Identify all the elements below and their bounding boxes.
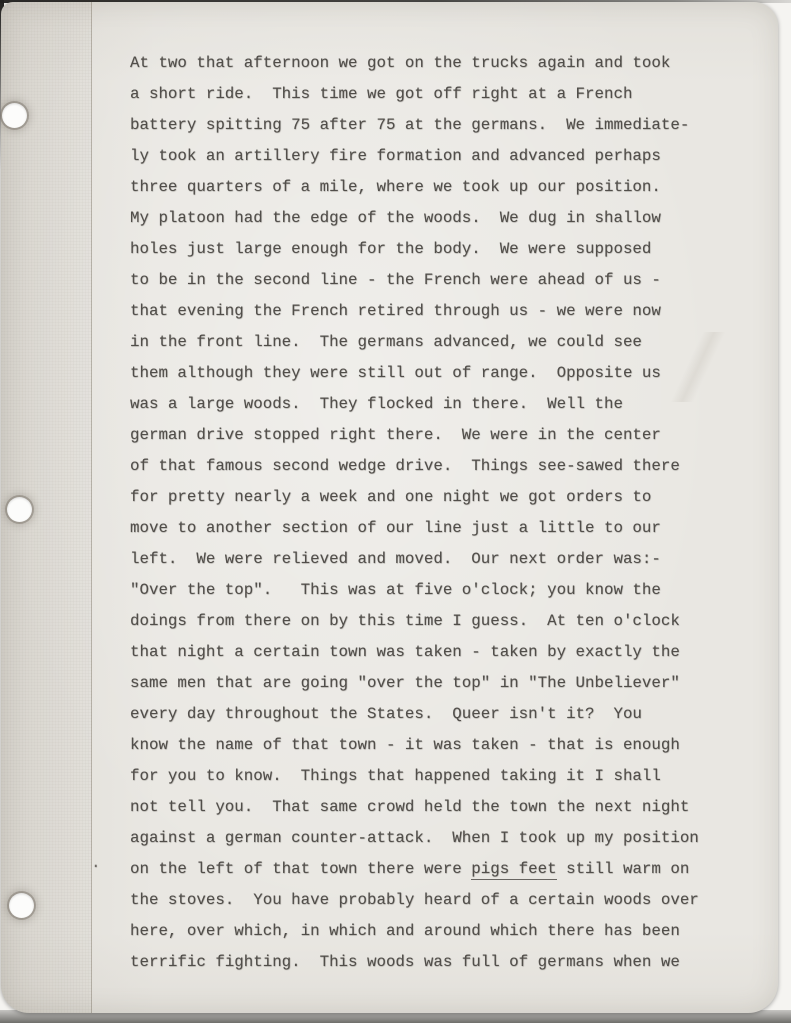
typed-line: My platoon had the edge of the woods. We… <box>130 203 699 234</box>
typed-line: same men that are going "over the top" i… <box>130 668 699 699</box>
scanned-letter-page: . At two that afternoon we got on the tr… <box>0 0 791 1023</box>
typed-line: of that famous second wedge drive. Thing… <box>130 451 699 482</box>
typed-line: every day throughout the States. Queer i… <box>130 699 699 730</box>
typed-line: that night a certain town was taken - ta… <box>130 637 699 668</box>
typed-line: on the left of that town there were pigs… <box>130 854 699 885</box>
punch-hole <box>9 893 34 918</box>
punch-hole <box>7 497 32 522</box>
paper-sheet: . At two that afternoon we got on the tr… <box>1 2 778 1013</box>
typed-line: not tell you. That same crowd held the t… <box>130 792 699 823</box>
typed-line: left. We were relieved and moved. Our ne… <box>130 544 699 575</box>
typed-line: doings from there on by this time I gues… <box>130 606 699 637</box>
typed-line: in the front line. The germans advanced,… <box>130 327 699 358</box>
typed-line: for pretty nearly a week and one night w… <box>130 482 699 513</box>
typed-lines: At two that afternoon we got on the truc… <box>130 48 699 978</box>
typed-line: "Over the top". This was at five o'clock… <box>130 575 699 606</box>
typed-line: for you to know. Things that happened ta… <box>130 761 699 792</box>
typed-line: against a german counter-attack. When I … <box>130 823 699 854</box>
typed-line: to be in the second line - the French we… <box>130 265 699 296</box>
typed-line: know the name of that town - it was take… <box>130 730 699 761</box>
typed-line: them although they were still out of ran… <box>130 358 699 389</box>
typed-line: here, over which, in which and around wh… <box>130 916 699 947</box>
typed-line: german drive stopped right there. We wer… <box>130 420 699 451</box>
typed-line: was a large woods. They flocked in there… <box>130 389 699 420</box>
typed-line: three quarters of a mile, where we took … <box>130 172 699 203</box>
typed-line: holes just large enough for the body. We… <box>130 234 699 265</box>
typed-line: ly took an artillery fire formation and … <box>130 141 699 172</box>
stray-ink-mark: . <box>91 854 100 872</box>
typed-line: move to another section of our line just… <box>130 513 699 544</box>
typed-line: a short ride. This time we got off right… <box>130 79 699 110</box>
typed-line: terrific fighting. This woods was full o… <box>130 947 699 978</box>
punch-hole <box>2 103 27 128</box>
typed-line: At two that afternoon we got on the truc… <box>130 48 699 79</box>
typed-line: battery spitting 75 after 75 at the germ… <box>130 110 699 141</box>
typed-line: the stoves. You have probably heard of a… <box>130 885 699 916</box>
underlined-phrase: pigs feet <box>471 860 556 880</box>
typed-line: that evening the French retired through … <box>130 296 699 327</box>
